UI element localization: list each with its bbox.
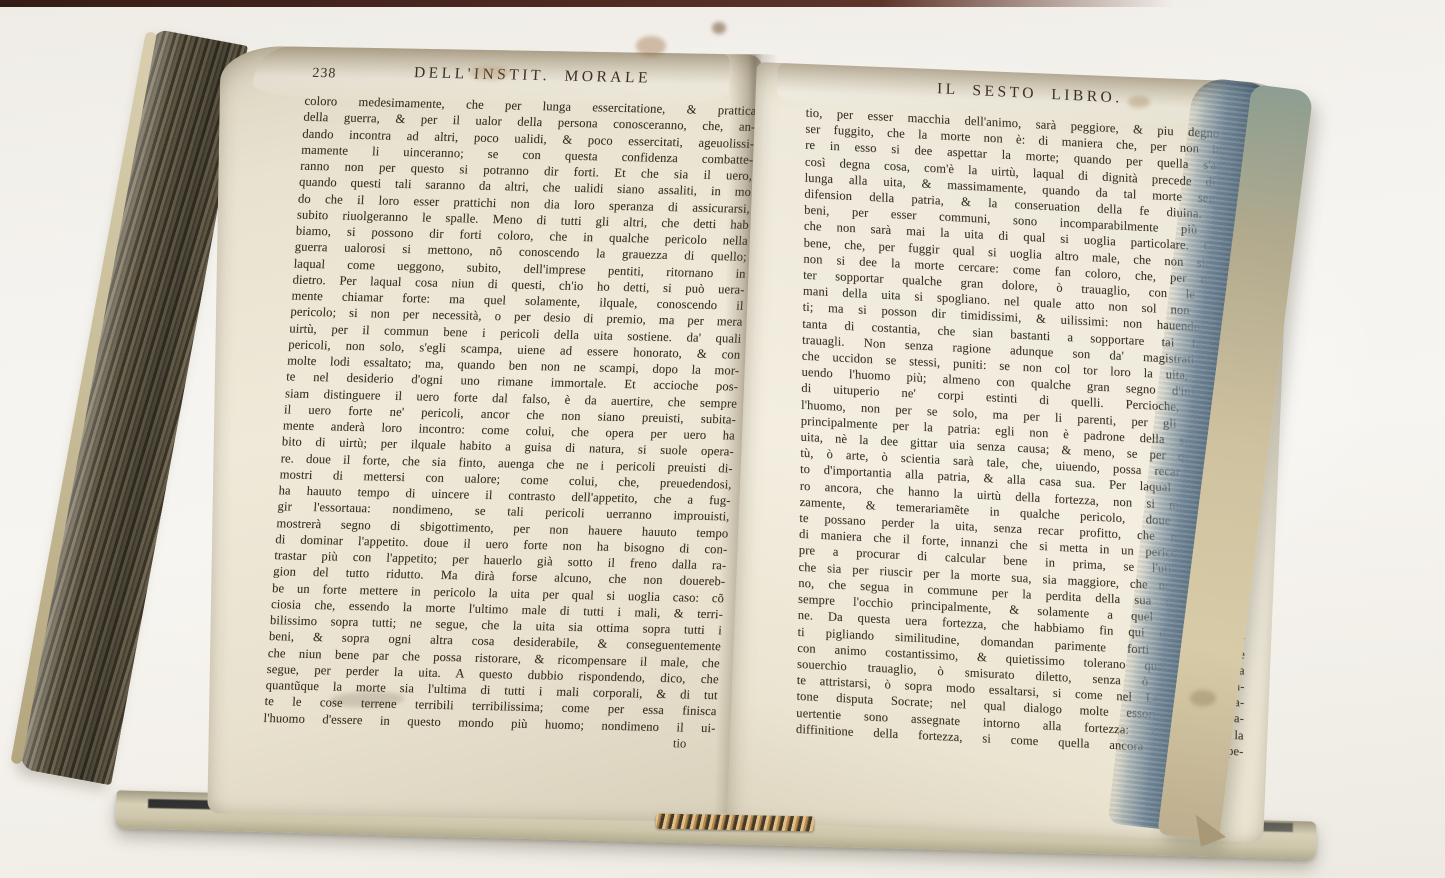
foxing-spot — [1190, 690, 1216, 706]
left-running-head: 238 DELL'INSTIT. MORALE — [306, 62, 759, 96]
foxing-spot — [470, 66, 510, 80]
left-page-text-block: 238 DELL'INSTIT. MORALE coloro medesimam… — [262, 62, 759, 752]
left-page: 238 DELL'INSTIT. MORALE coloro medesimam… — [207, 45, 762, 822]
left-running-title: DELL'INSTIT. MORALE — [306, 62, 759, 90]
background-edge-strip — [0, 0, 1175, 7]
foxing-spot — [636, 36, 666, 56]
photo-background: 238 DELL'INSTIT. MORALE coloro medesimam… — [0, 0, 1445, 878]
left-page-body-text: coloro medesimamente, che per lunga esse… — [263, 93, 757, 736]
left-folio-number: 238 — [312, 66, 337, 83]
foxing-spot — [1128, 96, 1150, 108]
foxing-spot — [712, 22, 726, 34]
binding-stitching-threads — [656, 814, 814, 832]
